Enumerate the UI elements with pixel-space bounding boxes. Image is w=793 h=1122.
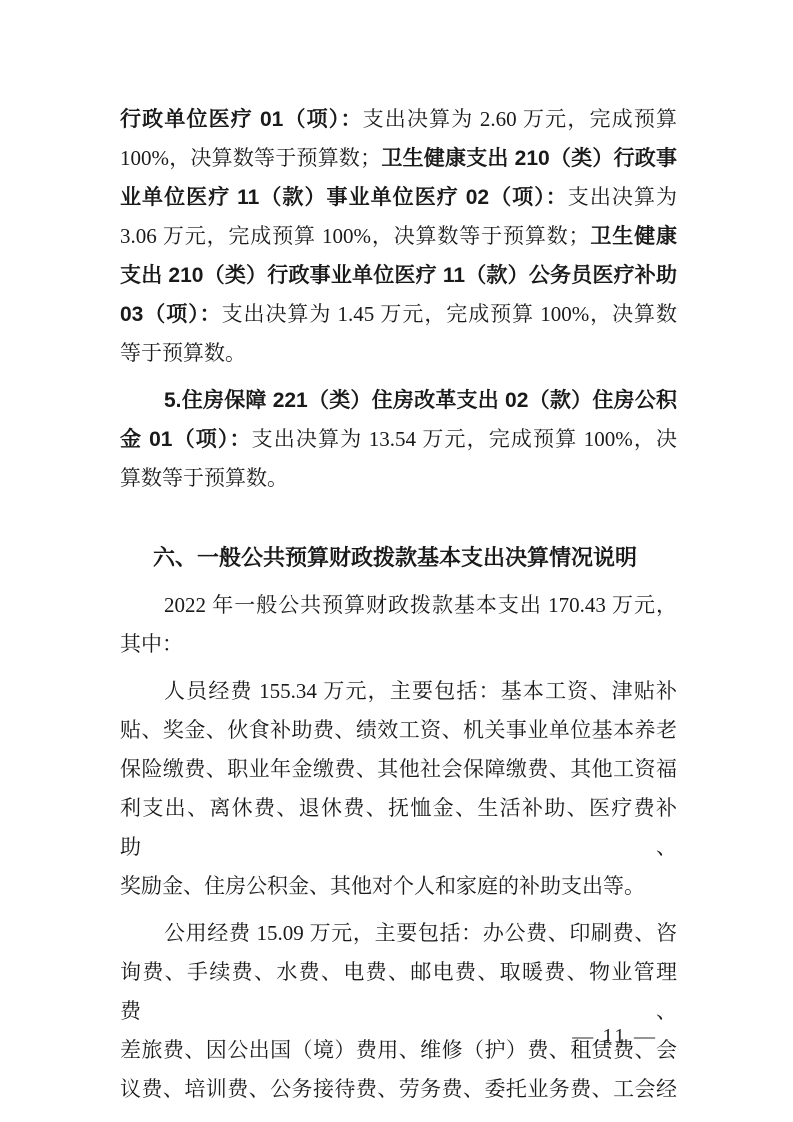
page-footer: — 11 — bbox=[572, 1024, 657, 1048]
text-line: 2022 年一般公共预算财政拨款基本支出 170.43 万元， bbox=[120, 586, 677, 625]
text-line: 3.06 万元，完成预算 100%，决算数等于预算数；卫生健康 bbox=[120, 217, 677, 256]
body-text: 利支出、离休费、退休费、抚恤金、生活补助、医疗费补助、 bbox=[120, 796, 677, 859]
text-line: 行政单位医疗 01（项）：支出决算为 2.60 万元，完成预算 bbox=[120, 100, 677, 139]
text-line: 03（项）：支出决算为 1.45 万元，完成预算 100%，决算数 bbox=[120, 295, 677, 334]
body-text: 100%，决算数等于预算数； bbox=[120, 146, 381, 170]
paragraph-public-expense: 公用经费 15.09 万元，主要包括：办公费、印刷费、咨询费、手续费、水费、电费… bbox=[120, 914, 677, 1109]
text-line: 金 01（项）：支出决算为 13.54 万元，完成预算 100%，决 bbox=[120, 420, 677, 459]
page-number: — 11 — bbox=[572, 1024, 657, 1048]
text-line: 询费、手续费、水费、电费、邮电费、取暖费、物业管理费、 bbox=[120, 953, 677, 1031]
body-text: 3.06 万元，完成预算 100%，决算数等于预算数； bbox=[120, 224, 590, 248]
emphasized-text: 行政单位医疗 01（项）： bbox=[120, 108, 363, 131]
heading-line: 六、一般公共预算财政拨款基本支出决算情况说明 bbox=[120, 538, 677, 578]
text-line: 5.住房保障 221（类）住房改革支出 02（款）住房公积 bbox=[120, 381, 677, 420]
text-line: 奖励金、住房公积金、其他对个人和家庭的补助支出等。 bbox=[120, 867, 677, 906]
body-text: 公用经费 15.09 万元，主要包括：办公费、印刷费、咨 bbox=[164, 921, 677, 945]
emphasized-text: 卫生健康 bbox=[590, 225, 677, 248]
body-text: 其中： bbox=[120, 632, 183, 656]
body-text: 询费、手续费、水费、电费、邮电费、取暖费、物业管理费、 bbox=[120, 960, 677, 1023]
paragraph-personnel-expense: 人员经费 155.34 万元，主要包括：基本工资、津贴补贴、奖金、伙食补助费、绩… bbox=[120, 672, 677, 906]
emphasized-text: 卫生健康支出 210（类）行政事 bbox=[381, 147, 677, 170]
paragraph-housing-item-5: 5.住房保障 221（类）住房改革支出 02（款）住房公积金 01（项）：支出决… bbox=[120, 381, 677, 498]
body-text: 议费、培训费、公务接待费、劳务费、委托业务费、工会经 bbox=[120, 1077, 677, 1101]
emphasized-text: 六、一般公共预算财政拨款基本支出决算情况说明 bbox=[153, 545, 637, 570]
emphasized-text: 5.住房保障 221（类）住房改革支出 02（款）住房公积 bbox=[164, 389, 677, 412]
body-text: 贴、奖金、伙食补助费、绩效工资、机关事业单位基本养老 bbox=[120, 718, 677, 742]
body-text: 保险缴费、职业年金缴费、其他社会保障缴费、其他工资福 bbox=[120, 757, 677, 781]
text-line: 等于预算数。 bbox=[120, 334, 677, 373]
body-text: 等于预算数。 bbox=[120, 341, 246, 365]
emphasized-text: 业单位医疗 11（款）事业单位医疗 02（项）： bbox=[120, 186, 568, 209]
text-line: 业单位医疗 11（款）事业单位医疗 02（项）：支出决算为 bbox=[120, 178, 677, 217]
text-line: 公用经费 15.09 万元，主要包括：办公费、印刷费、咨 bbox=[120, 914, 677, 953]
section-heading-six: 六、一般公共预算财政拨款基本支出决算情况说明 bbox=[120, 538, 677, 578]
paragraph-total-basic-expenditure: 2022 年一般公共预算财政拨款基本支出 170.43 万元，其中： bbox=[120, 586, 677, 664]
body-text: 人员经费 155.34 万元，主要包括：基本工资、津贴补 bbox=[164, 679, 677, 703]
text-line: 支出 210（类）行政事业单位医疗 11（款）公务员医疗补助 bbox=[120, 256, 677, 295]
text-line: 贴、奖金、伙食补助费、绩效工资、机关事业单位基本养老 bbox=[120, 711, 677, 750]
text-line: 100%，决算数等于预算数；卫生健康支出 210（类）行政事 bbox=[120, 139, 677, 178]
text-line: 其中： bbox=[120, 625, 677, 664]
text-line: 人员经费 155.34 万元，主要包括：基本工资、津贴补 bbox=[120, 672, 677, 711]
text-line: 利支出、离休费、退休费、抚恤金、生活补助、医疗费补助、 bbox=[120, 789, 677, 867]
body-text: 支出决算为 1.45 万元，完成预算 100%，决算数 bbox=[222, 302, 677, 326]
body-text: 奖励金、住房公积金、其他对个人和家庭的补助支出等。 bbox=[120, 874, 645, 898]
body-text: 支出决算为 13.54 万元，完成预算 100%，决 bbox=[252, 427, 677, 451]
body-text: 2022 年一般公共预算财政拨款基本支出 170.43 万元， bbox=[164, 593, 677, 617]
text-line: 算数等于预算数。 bbox=[120, 459, 677, 498]
text-line: 保险缴费、职业年金缴费、其他社会保障缴费、其他工资福 bbox=[120, 750, 677, 789]
body-text: 算数等于预算数。 bbox=[120, 466, 288, 490]
emphasized-text: 支出 210（类）行政事业单位医疗 11（款）公务员医疗补助 bbox=[120, 264, 677, 287]
document-page: 行政单位医疗 01（项）：支出决算为 2.60 万元，完成预算100%，决算数等… bbox=[0, 0, 793, 1122]
body-text: 支出决算为 bbox=[568, 185, 677, 209]
document-body: 行政单位医疗 01（项）：支出决算为 2.60 万元，完成预算100%，决算数等… bbox=[120, 100, 677, 1109]
paragraph-health-expenditure-items: 行政单位医疗 01（项）：支出决算为 2.60 万元，完成预算100%，决算数等… bbox=[120, 100, 677, 373]
text-line: 议费、培训费、公务接待费、劳务费、委托业务费、工会经 bbox=[120, 1070, 677, 1109]
body-text: 支出决算为 2.60 万元，完成预算 bbox=[363, 107, 677, 131]
emphasized-text: 03（项）： bbox=[120, 303, 222, 326]
emphasized-text: 金 01（项）： bbox=[120, 428, 252, 451]
